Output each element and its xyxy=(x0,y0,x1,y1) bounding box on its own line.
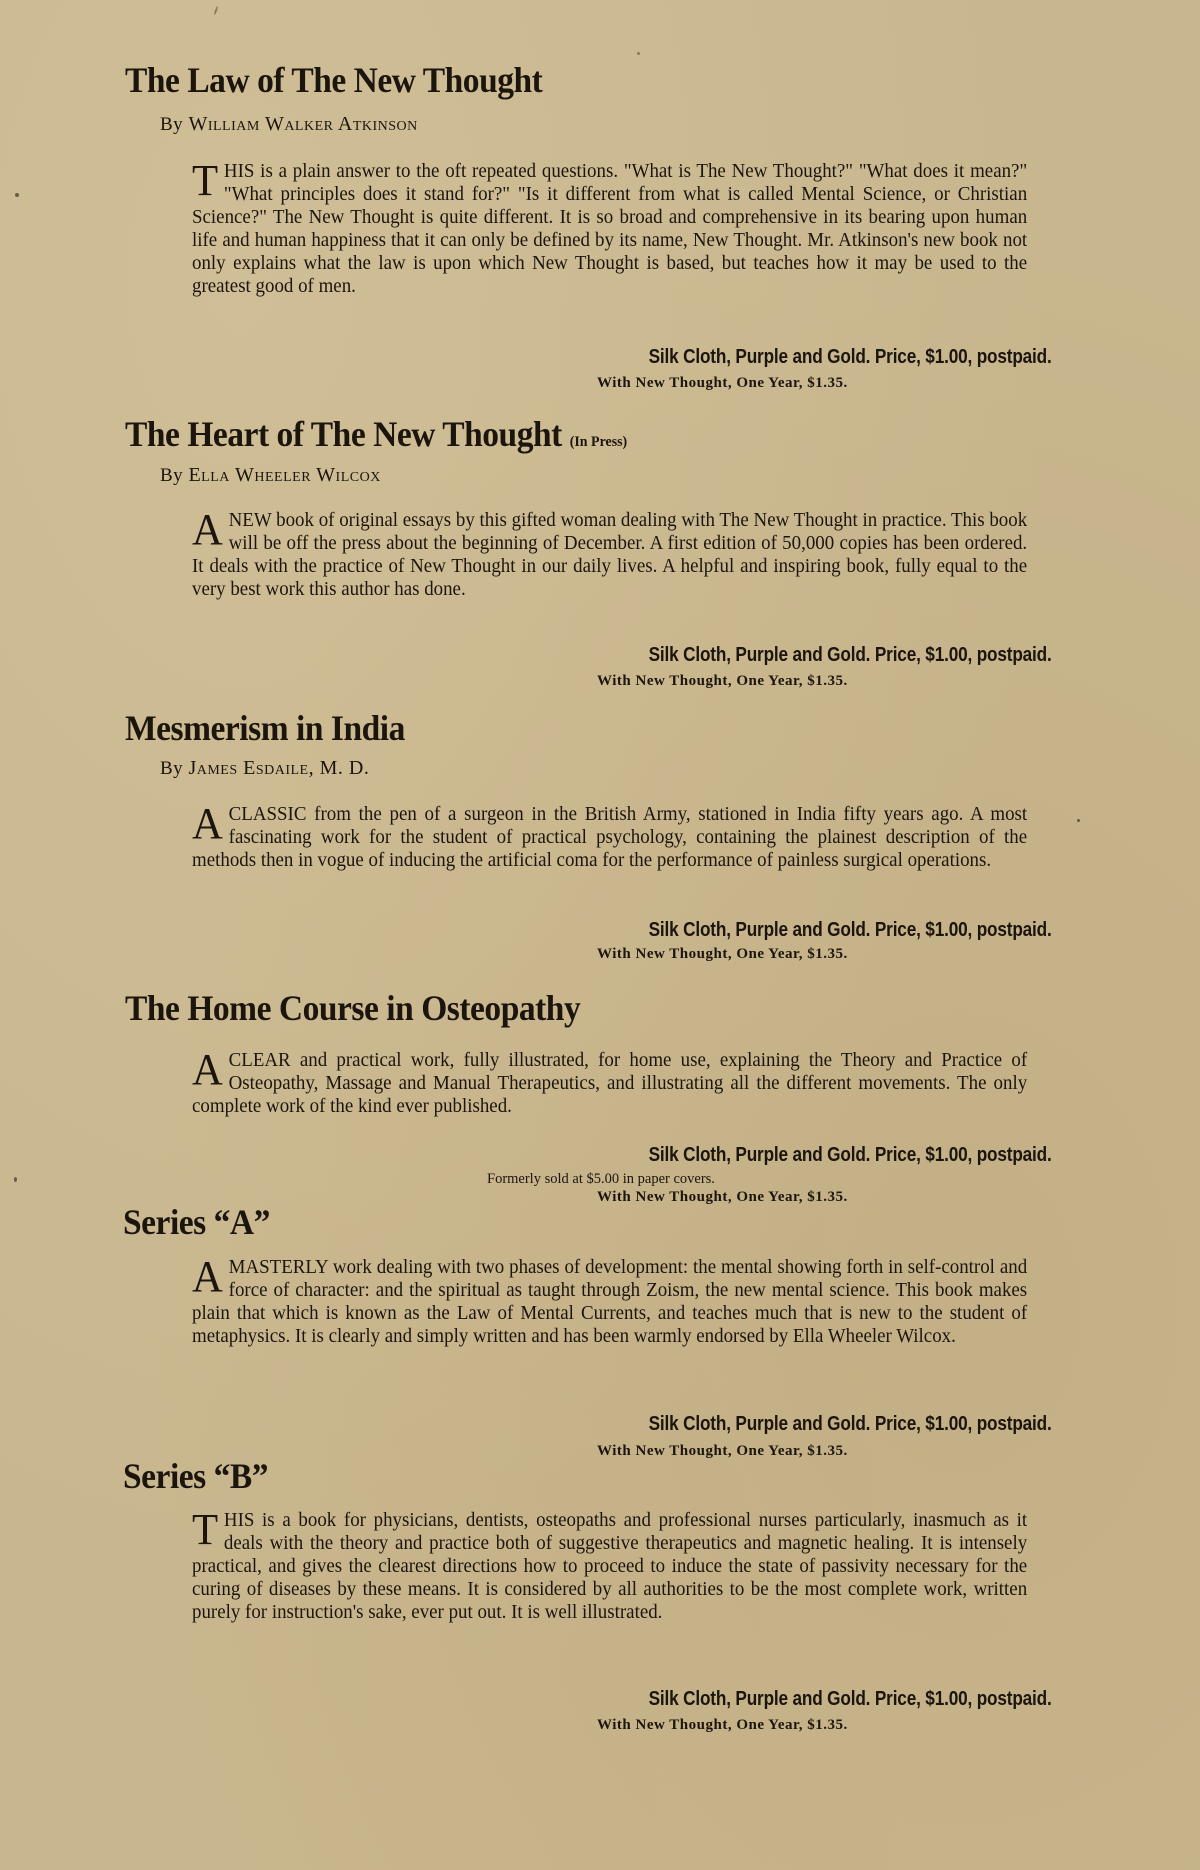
price-line: Silk Cloth, Purple and Gold. Price, $1.0… xyxy=(649,918,1052,942)
paper-speck xyxy=(15,193,19,197)
subscription-offer: With New Thought, One Year, $1.35. xyxy=(597,1716,848,1734)
author-name: James Esdaile, M. D. xyxy=(188,757,369,779)
paper-speck xyxy=(637,52,640,55)
book-title-text: The Home Course in Osteopathy xyxy=(125,988,580,1028)
book-byline: By Ella Wheeler Wilcox xyxy=(160,463,381,488)
paper-speck xyxy=(214,6,219,15)
book-title-text: Series “B” xyxy=(123,1456,268,1496)
book-title: The Home Course in Osteopathy xyxy=(125,988,580,1028)
subscription-offer: With New Thought, One Year, $1.35. xyxy=(597,945,848,963)
book-title: Series “A” xyxy=(123,1202,270,1242)
byline-prefix: By xyxy=(160,758,183,779)
book-title-text: Series “A” xyxy=(123,1202,270,1242)
price-line: Silk Cloth, Purple and Gold. Price, $1.0… xyxy=(649,1412,1052,1436)
price-line: Silk Cloth, Purple and Gold. Price, $1.0… xyxy=(649,1687,1052,1711)
book-description: ACLASSIC from the pen of a surgeon in th… xyxy=(192,803,1027,872)
drop-cap: T xyxy=(192,1511,218,1549)
book-description: THIS is a book for physicians, dentists,… xyxy=(192,1509,1027,1624)
byline-prefix: By xyxy=(160,465,183,486)
author-name: William Walker Atkinson xyxy=(188,113,417,135)
price-line: Silk Cloth, Purple and Gold. Price, $1.0… xyxy=(649,1143,1052,1167)
book-title: The Heart of The New Thought (In Press) xyxy=(125,414,627,462)
description-text: HIS is a plain answer to the oft repeate… xyxy=(192,161,1027,297)
subscription-offer: With New Thought, One Year, $1.35. xyxy=(597,1442,848,1460)
book-title: Mesmerism in India xyxy=(125,708,405,748)
drop-cap: A xyxy=(192,805,223,843)
book-title: Series “B” xyxy=(123,1456,268,1496)
book-title-text: The Law of The New Thought xyxy=(125,60,542,100)
subscription-offer: With New Thought, One Year, $1.35. xyxy=(597,672,848,690)
book-description: AMASTERLY work dealing with two phases o… xyxy=(192,1256,1027,1348)
paper-speck xyxy=(14,1177,17,1182)
paper-speck xyxy=(1077,819,1080,822)
description-text: CLASSIC from the pen of a surgeon in the… xyxy=(192,804,1027,871)
drop-cap: T xyxy=(192,162,218,200)
byline-prefix: By xyxy=(160,114,183,135)
drop-cap: A xyxy=(192,1051,223,1089)
book-description: THIS is a plain answer to the oft repeat… xyxy=(192,160,1027,298)
book-byline: By William Walker Atkinson xyxy=(160,112,418,137)
book-byline: By James Esdaile, M. D. xyxy=(160,756,369,781)
price-line: Silk Cloth, Purple and Gold. Price, $1.0… xyxy=(649,643,1052,667)
drop-cap: A xyxy=(192,511,223,549)
price-line: Silk Cloth, Purple and Gold. Price, $1.0… xyxy=(649,345,1052,369)
book-description: ACLEAR and practical work, fully illustr… xyxy=(192,1049,1027,1118)
book-description: ANEW book of original essays by this gif… xyxy=(192,509,1027,601)
book-title-text: Mesmerism in India xyxy=(125,708,405,748)
subscription-offer: With New Thought, One Year, $1.35. xyxy=(597,374,848,392)
book-title-text: The Heart of The New Thought xyxy=(125,414,562,454)
author-name: Ella Wheeler Wilcox xyxy=(188,464,380,486)
description-text: CLEAR and practical work, fully illustra… xyxy=(192,1050,1027,1117)
in-press-note: (In Press) xyxy=(570,434,627,450)
book-title: The Law of The New Thought xyxy=(125,60,542,100)
description-text: MASTERLY work dealing with two phases of… xyxy=(192,1257,1027,1347)
description-text: HIS is a book for physicians, dentists, … xyxy=(192,1510,1027,1623)
former-price-note: Formerly sold at $5.00 in paper covers. xyxy=(487,1170,715,1188)
description-text: NEW book of original essays by this gift… xyxy=(192,510,1027,600)
subscription-offer: With New Thought, One Year, $1.35. xyxy=(597,1188,848,1206)
drop-cap: A xyxy=(192,1258,223,1296)
